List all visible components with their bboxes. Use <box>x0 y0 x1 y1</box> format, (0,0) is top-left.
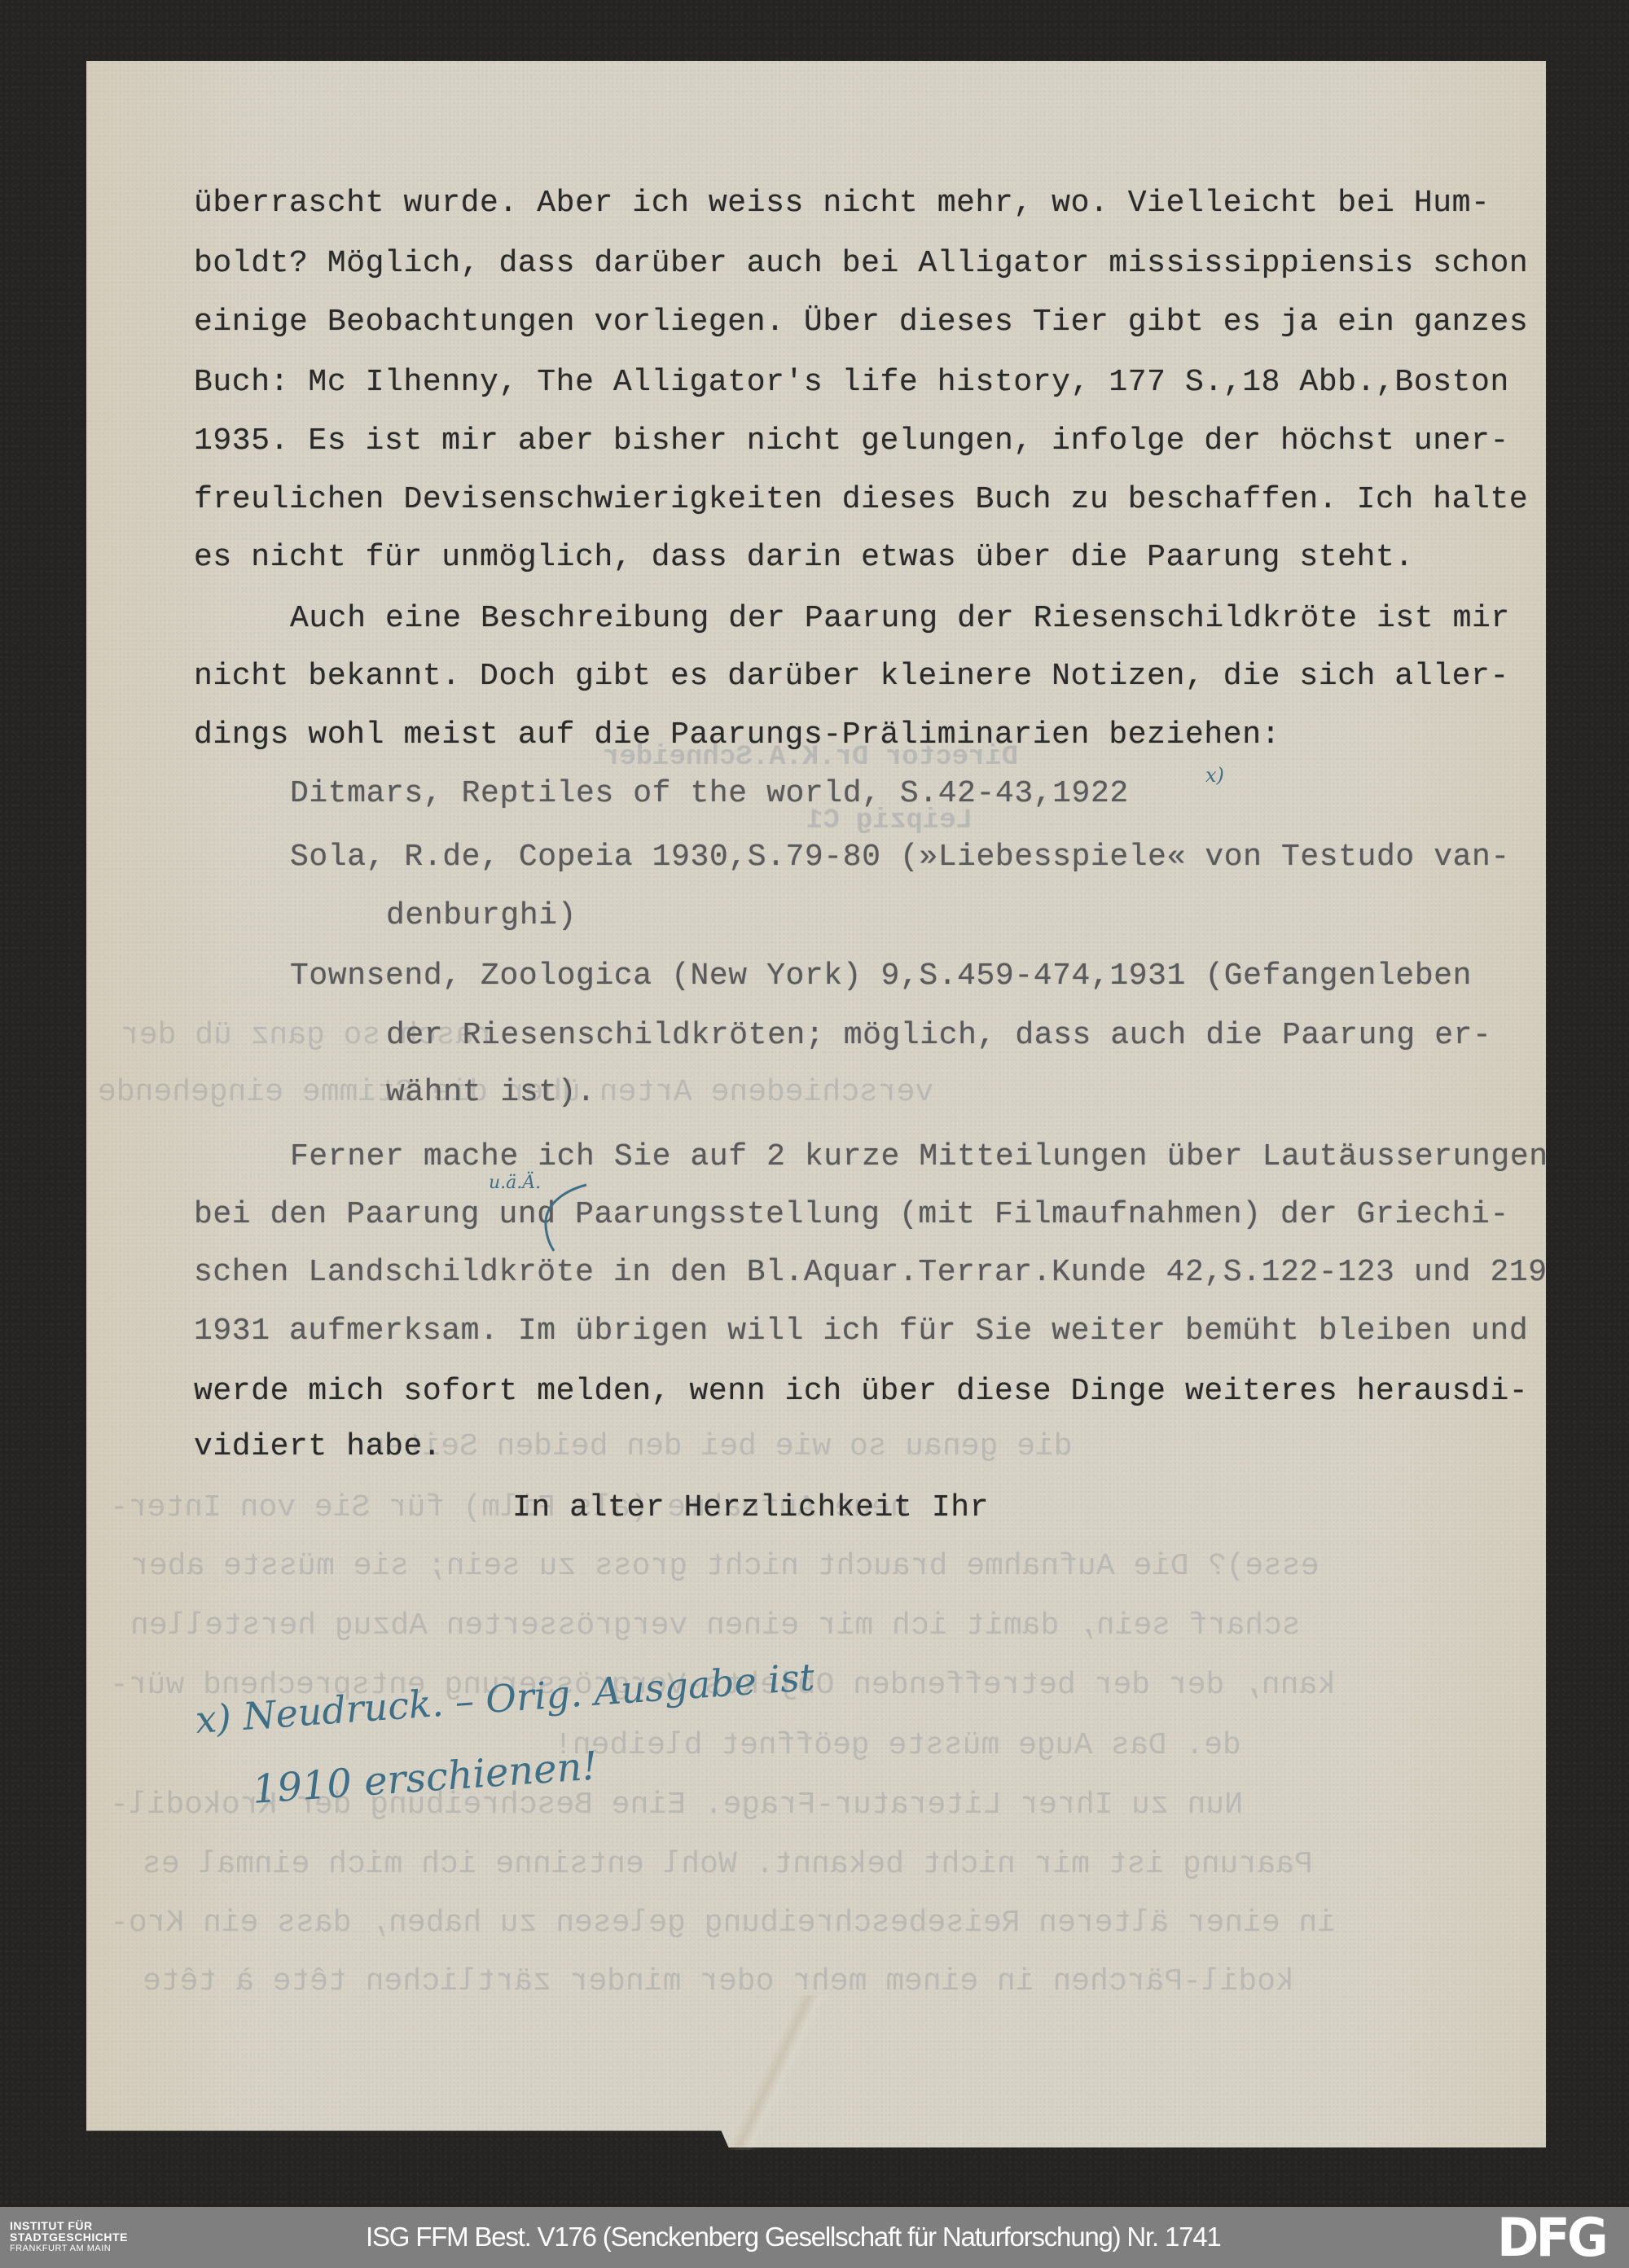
body-line: werde mich sofort melden, wenn ich über … <box>194 1374 1528 1410</box>
body-line: Buch: Mc Ilhenny, The Alligator's life h… <box>194 365 1509 401</box>
body-line: einige Beobachtungen vorliegen. Über die… <box>194 305 1528 340</box>
bleed-through-line: scharf sein, damit ich mir einen vergrös… <box>130 1608 1301 1644</box>
institution-location: FRANKFURT AM MAIN <box>10 2243 128 2254</box>
dfg-logo-icon: DFG <box>1497 2214 1605 2262</box>
institution-name-line: STADTGESCHICHTE <box>10 2231 128 2243</box>
bleed-through-line: in einer älteren Reisebeschreibung geles… <box>110 1906 1336 1941</box>
body-line: 1935. Es ist mir aber bisher nicht gelun… <box>194 423 1509 459</box>
closing-salutation: In alter Herzlichkeit Ihr <box>512 1490 989 1526</box>
bleed-through-line: Paarung ist mir nicht bekannt. Wohl ents… <box>143 1847 1313 1883</box>
body-line: es nicht für unmöglich, dass darin etwas… <box>194 540 1414 576</box>
bleed-through-line: de. Das Auge müsste geöffnet bleiben! <box>554 1728 1241 1764</box>
body-line: bei den Paarung und Paarungsstellung (mi… <box>194 1197 1509 1233</box>
handwritten-insertion: u.ä.Ä. <box>489 1173 541 1193</box>
body-line: überrascht wurde. Aber ich weiss nicht m… <box>194 186 1490 222</box>
body-line: Ferner mache ich Sie auf 2 kurze Mitteil… <box>290 1139 1548 1175</box>
body-line: dings wohl meist auf die Paarungs-Prälim… <box>194 717 1280 753</box>
body-line: nicht bekannt. Doch gibt es darüber klei… <box>194 659 1509 695</box>
handwritten-insert-bracket-icon <box>538 1181 595 1254</box>
body-line: 1931 aufmerksam. Im übrigen will ich für… <box>194 1314 1528 1349</box>
archive-footer: INSTITUT FÜR STADTGESCHICHTE FRANKFURT A… <box>0 2207 1629 2268</box>
body-line: boldt? Möglich, dass darüber auch bei Al… <box>194 246 1528 282</box>
body-line: freulichen Devisenschwierigkeiten dieses… <box>194 482 1528 518</box>
reference-line: der Riesenschildkröten; möglich, dass au… <box>386 1018 1491 1054</box>
institution-logo: INSTITUT FÜR STADTGESCHICHTE FRANKFURT A… <box>10 2220 128 2254</box>
reference-line: wähnt ist). <box>386 1075 595 1111</box>
bleed-through-line: kodil-Pärchen in einem mehr oder minder … <box>143 1964 1294 2000</box>
institution-name-line: INSTITUT FÜR <box>10 2220 128 2231</box>
body-line: Auch eine Beschreibung der Paarung der R… <box>290 601 1510 637</box>
reference-line: Sola, R.de, Copeia 1930,S.79-80 (»Liebes… <box>290 840 1510 875</box>
reference-line: denburghi) <box>386 898 577 934</box>
reference-line: Townsend, Zoologica (New York) 9,S.459-4… <box>290 959 1472 994</box>
reference-line: Ditmars, Reptiles of the world, S.42-43,… <box>290 776 1129 812</box>
body-line: vidiert habe. <box>194 1429 441 1465</box>
archive-reference-caption: ISG FFM Best. V176 (Senckenberg Gesellsc… <box>366 2221 1221 2253</box>
footnote-marker: x) <box>1205 764 1224 787</box>
bleed-through-line: esse)? Die Aufnahme braucht nicht gross … <box>130 1549 1319 1585</box>
body-line: schen Landschildkröte in den Bl.Aquar.Te… <box>194 1255 1548 1291</box>
paper-fold-crease <box>709 1995 839 2150</box>
bleed-through-line: die genau so wie bei den beiden Seiten <box>367 1429 1073 1465</box>
